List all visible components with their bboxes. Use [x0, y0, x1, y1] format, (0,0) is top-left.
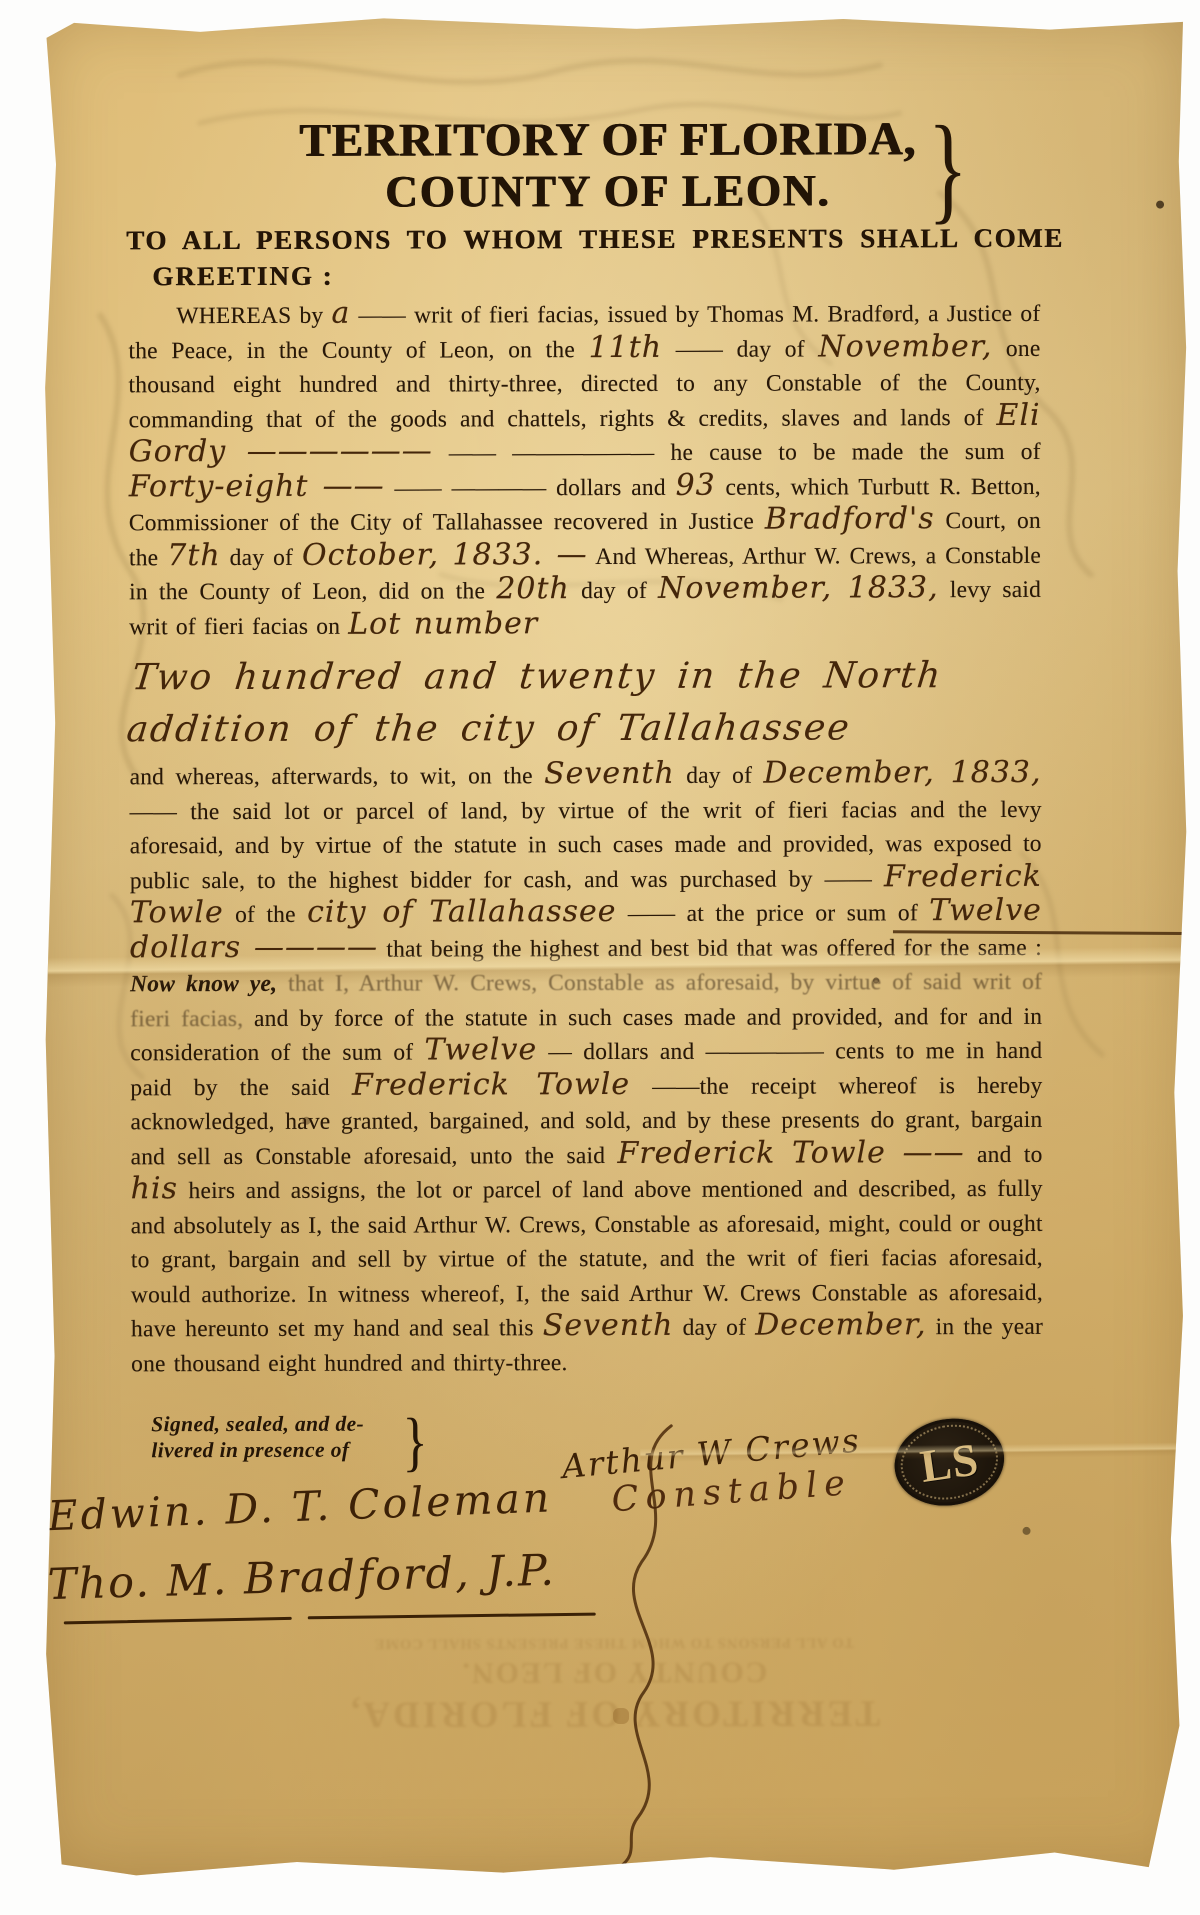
attestation-line: livered in presence of	[151, 1437, 364, 1464]
handwritten-property-lead: Lot number	[348, 606, 538, 641]
handwritten-court-name: Bradford's	[765, 501, 935, 536]
handwritten-seal-month: December,	[755, 1307, 926, 1342]
print-text: —— ———— dollars and	[394, 474, 665, 501]
print-text: —— day of	[676, 336, 805, 362]
deed-text-column: WHEREAS by a —— writ of fieri facias, is…	[128, 297, 1043, 1381]
handwritten-issue-day: 11th	[588, 329, 662, 364]
greeting-line: GREETING :	[152, 261, 333, 292]
handwritten-levy-day: 20th	[496, 571, 570, 606]
masthead: TERRITORY OF FLORIDA, COUNTY OF LEON.	[258, 113, 958, 217]
whereas-paragraph: WHEREAS by a —— writ of fieri facias, is…	[128, 297, 1041, 644]
header-brace: }	[928, 99, 968, 238]
salutation-line: TO ALL PERSONS TO WHOM THESE PRESENTS SH…	[126, 223, 1086, 257]
handwritten-sale-month: December, 1833,	[763, 755, 1041, 791]
territory-title: TERRITORY OF FLORIDA,	[258, 113, 958, 167]
seal-label: LS	[917, 1432, 982, 1493]
handwritten-pronoun: his	[131, 1171, 178, 1206]
handwritten-writ-kind: a	[331, 296, 350, 331]
print-text: day of	[683, 1315, 747, 1341]
print-text: day of	[581, 578, 647, 604]
handwritten-payer-name: Frederick Towle	[352, 1066, 630, 1102]
handwritten-consideration: Twelve	[424, 1032, 537, 1067]
handwritten-purchaser-city: city of Tallahassee	[307, 894, 616, 930]
print-text: that being the highest and best bid that…	[386, 934, 1042, 962]
handwritten-judgment-dollars: Forty-eight ——	[129, 468, 385, 504]
signature-flourish-brace	[583, 1422, 704, 1872]
handwritten-issue-month: November,	[818, 329, 992, 364]
handwritten-levy-month: November, 1833,	[658, 570, 939, 606]
print-text: —— at the price or sum of	[628, 900, 918, 927]
handwritten-judgment-month: October, 1833. —	[302, 537, 588, 573]
print-text: day of	[686, 763, 752, 789]
county-title: COUNTY OF LEON.	[258, 165, 958, 217]
handwritten-sale-day: Seventh	[544, 756, 675, 791]
conveyance-paragraph: and whereas, afterwards, to wit, on the …	[130, 758, 1044, 1381]
handwritten-judgment-day: 7th	[167, 538, 221, 573]
ink-specks	[40, 15, 44, 19]
document-scan: TERRITORY OF FLORIDA, COUNTY OF LEON. } …	[0, 0, 1200, 1915]
handwritten-property-description: Two hundred and twenty in the North addi…	[124, 650, 1047, 756]
print-text: of the	[235, 902, 296, 928]
print-text: and whereas, afterwards, to wit, on the	[130, 763, 533, 790]
handwritten-judgment-cents: 93	[675, 467, 715, 502]
print-text: and to	[977, 1141, 1043, 1167]
attestation-clause: Signed, sealed, and de- livered in prese…	[151, 1411, 364, 1464]
print-text: —— —————— he cause to be made the sum of	[449, 439, 1041, 467]
attestation-line: Signed, sealed, and de-	[151, 1411, 364, 1438]
handwritten-seal-day: Seventh	[543, 1308, 674, 1343]
document-page: TERRITORY OF FLORIDA, COUNTY OF LEON. } …	[40, 13, 1193, 1878]
print-text: day of	[230, 544, 293, 570]
handwritten-grantee-name: Frederick Towle ——	[617, 1135, 964, 1171]
print-text: WHEREAS by	[176, 303, 323, 329]
attestation-brace: }	[402, 1404, 428, 1480]
now-know-ye-text: Now know ye,	[130, 971, 277, 997]
